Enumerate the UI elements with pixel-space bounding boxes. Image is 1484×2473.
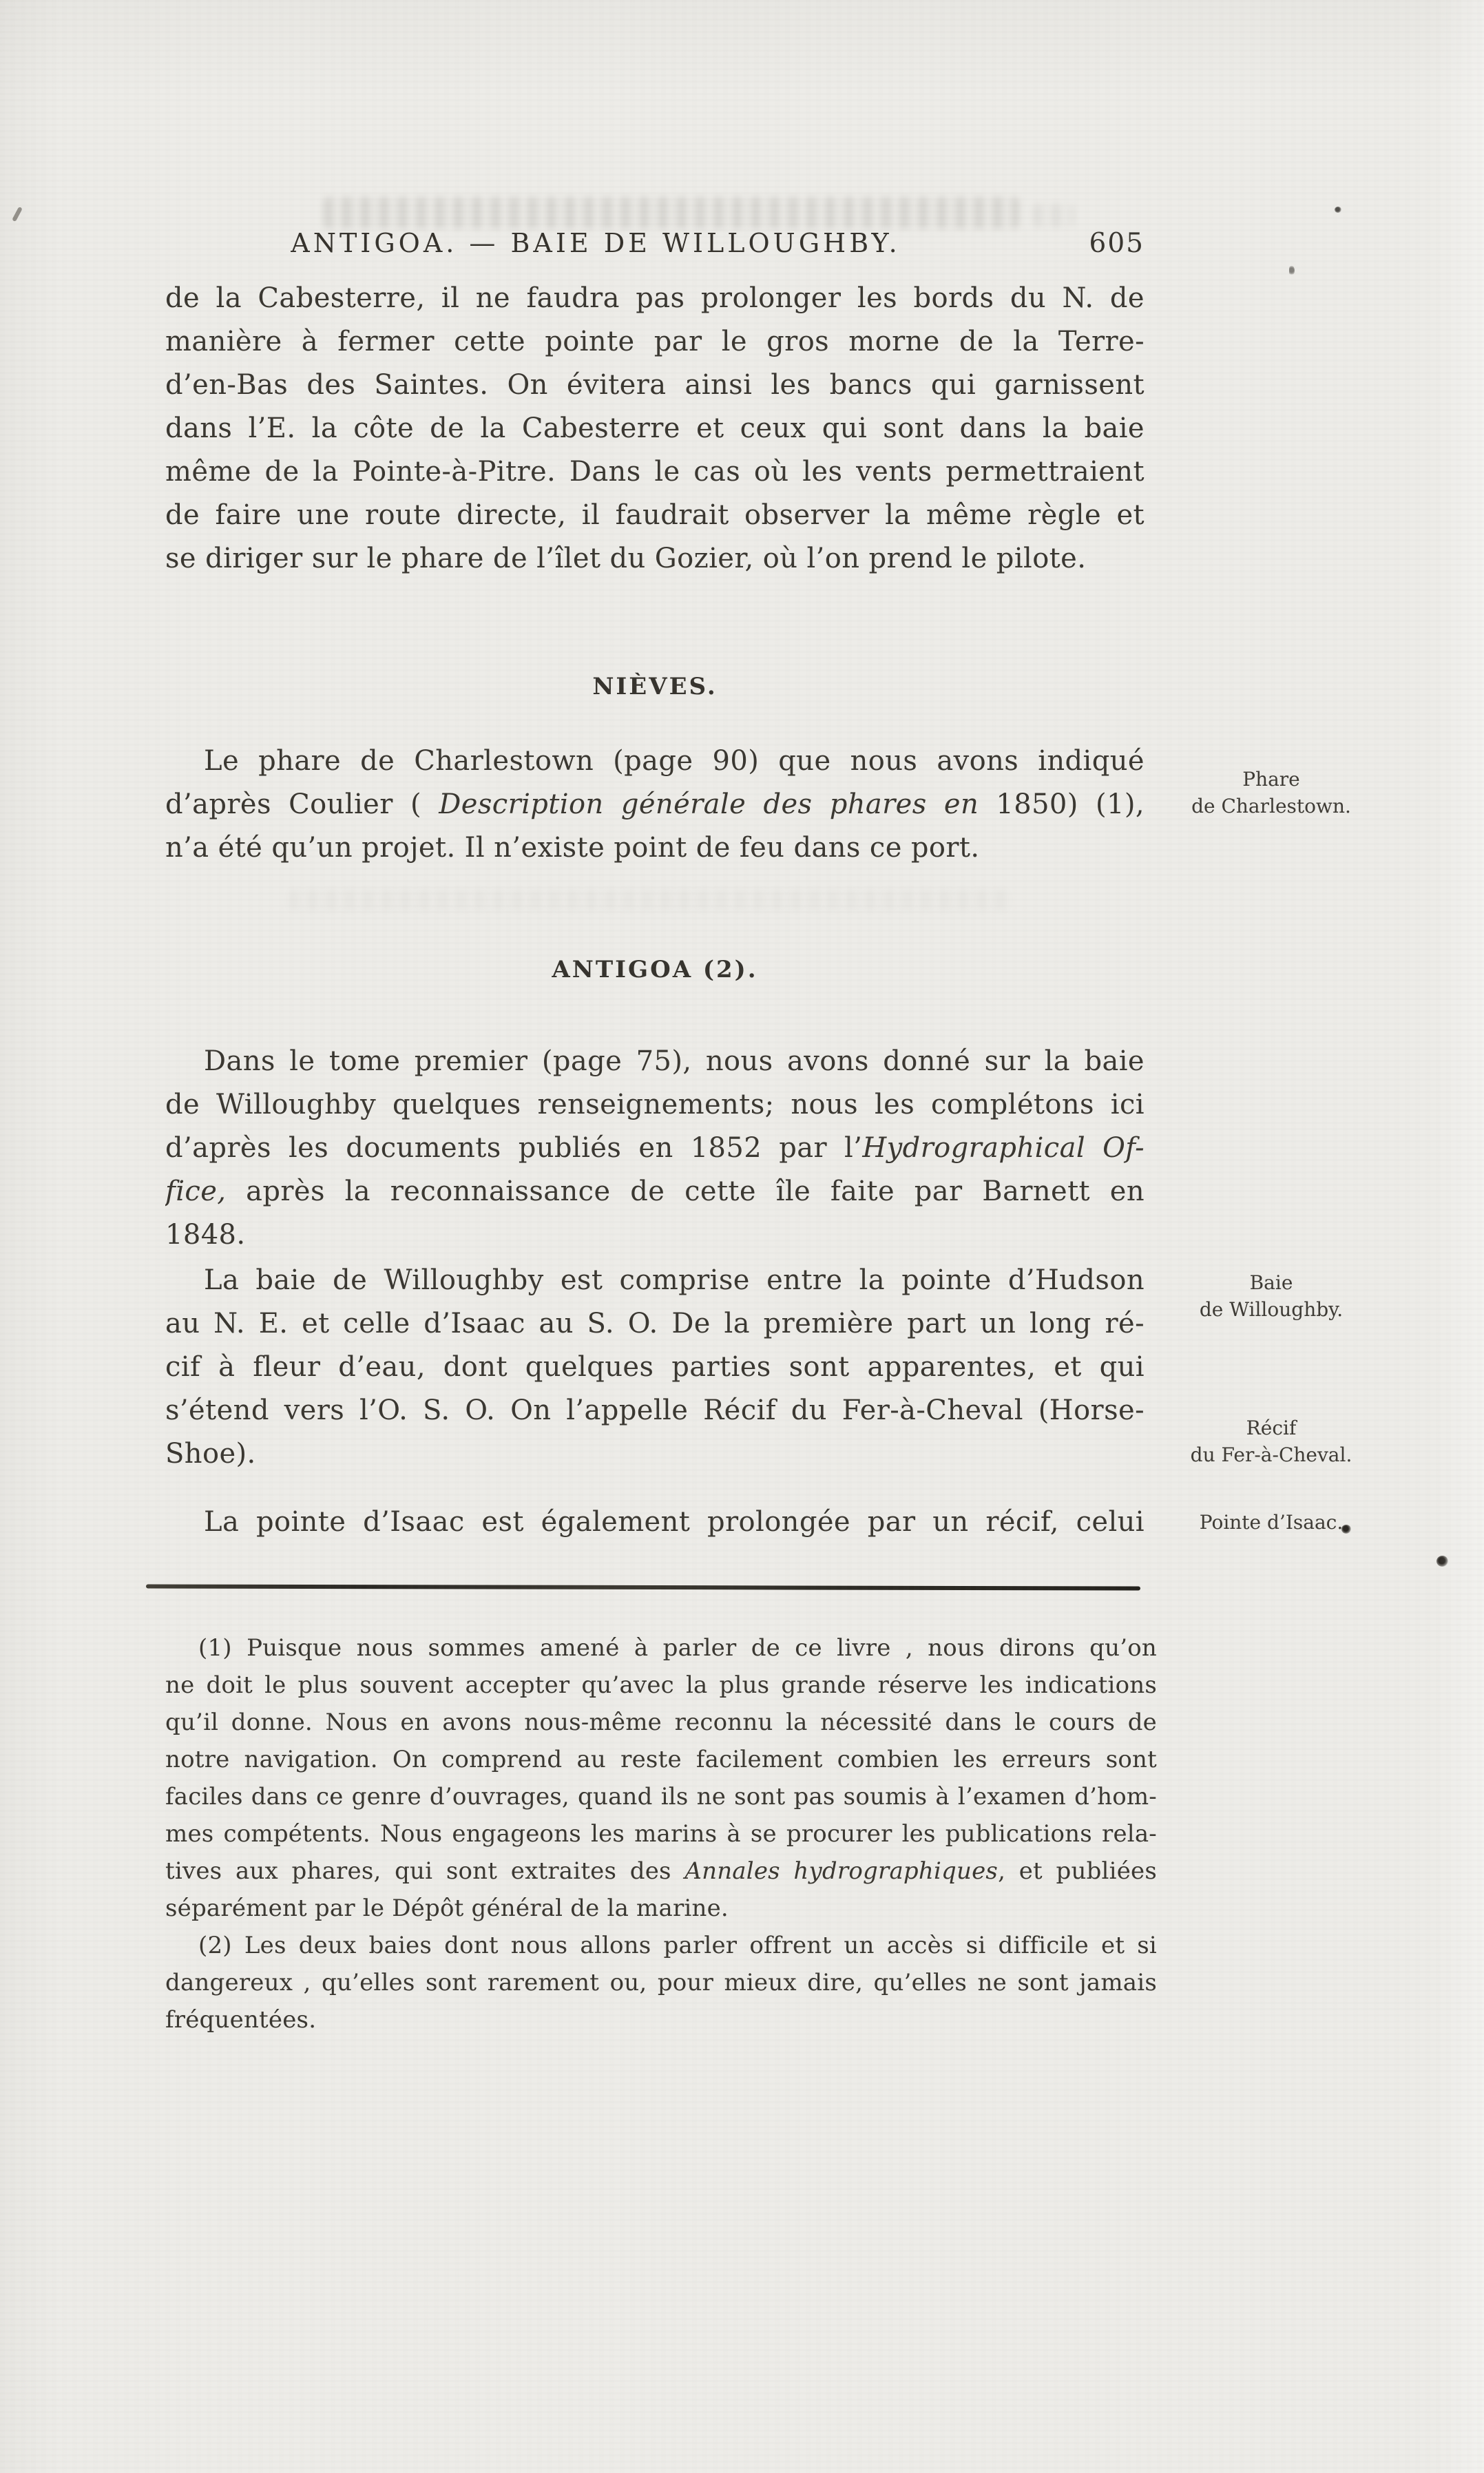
margin-note-line: Baie	[1171, 1269, 1372, 1296]
text-line: dans l’E. la côte de la Cabesterre et ce…	[165, 407, 1145, 450]
section-heading-antigoa: ANTIGOA (2).	[165, 952, 1145, 987]
text-run-italic: Description générale des phares en	[439, 789, 979, 820]
text-run-italic: Annales hydrographiques	[684, 1857, 998, 1885]
text-line: manière à fermer cette pointe par le gro…	[165, 320, 1145, 364]
text-line: de faire une route directe, il faudrait …	[165, 494, 1145, 537]
footnote-line: mes compétents. Nous engageons les marin…	[165, 1815, 1157, 1853]
footnote-line: qu’il donne. Nous en avons nous-même rec…	[165, 1704, 1157, 1741]
text-line: 1848.	[165, 1213, 1145, 1257]
footnote-line: notre navigation. On comprend au reste f…	[165, 1741, 1157, 1778]
text-line: s’étend vers l’O. S. O. On l’appelle Réc…	[165, 1389, 1145, 1432]
text-run: après la reconnaissance de cette île fai…	[226, 1176, 1145, 1207]
margin-note-line: Phare	[1171, 766, 1372, 793]
ink-speck	[1436, 1556, 1448, 1567]
footnote-line: dangereux , qu’elles sont rarement ou, p…	[165, 1964, 1157, 2001]
text-line: au N. E. et celle d’Isaac au S. O. De la…	[165, 1302, 1145, 1346]
margin-note-phare-charlestown: Phare de Charlestown.	[1171, 766, 1372, 820]
paragraph-cabesterre: de la Cabesterre, il ne faudra pas prolo…	[165, 277, 1145, 581]
running-header-title: ANTIGOA. — BAIE DE WILLOUGHBY.	[165, 222, 1026, 265]
text-line: même de la Pointe-à-Pitre. Dans le cas o…	[165, 450, 1145, 494]
section-heading-nieves: NIÈVES.	[165, 669, 1145, 704]
footnote-line: fréquentées.	[165, 2001, 1157, 2038]
paragraph-tome-premier: Dans le tome premier (page 75), nous avo…	[165, 1040, 1145, 1257]
text-run: d’après Coulier (	[165, 789, 439, 820]
text-line: Le phare de Charlestown (page 90) que no…	[165, 740, 1145, 783]
text-line: La baie de Willoughby est comprise entre…	[165, 1259, 1145, 1302]
text-line: d’en-Bas des Saintes. On évitera ainsi l…	[165, 364, 1145, 407]
text-line: Shoe).	[165, 1432, 1145, 1476]
text-line: fice, après la reconnaissance de cette î…	[165, 1170, 1145, 1213]
footnote-line: (2) Les deux baies dont nous allons parl…	[165, 1927, 1157, 1964]
text-line: se diriger sur le phare de l’îlet du Goz…	[165, 537, 1145, 581]
text-run: , et publiées	[998, 1857, 1157, 1885]
footnote-separator-rule	[146, 1584, 1140, 1590]
text-run: 1850) (1),	[979, 789, 1145, 820]
text-run: d’après les documents publiés en 1852 pa…	[165, 1132, 862, 1164]
footnote-line: tives aux phares, qui sont extraites des…	[165, 1853, 1157, 1890]
text-line: d’après Coulier ( Description générale d…	[165, 783, 1145, 826]
margin-note-line: de Willoughby.	[1171, 1296, 1372, 1323]
text-line: cif à fleur d’eau, dont quelques parties…	[165, 1346, 1145, 1389]
margin-note-pointe-isaac: Pointe d’Isaac.	[1171, 1509, 1372, 1536]
scanned-book-page: { "page": { "header": { "title": "ANTIGO…	[0, 0, 1484, 2473]
page-number: 605	[1005, 222, 1145, 265]
margin-note-line: Récif	[1171, 1415, 1372, 1441]
margin-note-baie-willoughby: Baie de Willoughby.	[1171, 1269, 1372, 1323]
footnote-line: (1) Puisque nous sommes amené à parler d…	[165, 1629, 1157, 1667]
margin-note-line: de Charlestown.	[1171, 793, 1372, 820]
text-line: de Willoughby quelques renseignements; n…	[165, 1083, 1145, 1127]
ink-speck	[1335, 207, 1341, 213]
text-line: La pointe d’Isaac est également prolongé…	[165, 1501, 1145, 1544]
text-run-italic: Hydrographical Of-	[862, 1132, 1145, 1164]
footnote-line: séparément par le Dépôt général de la ma…	[165, 1890, 1157, 1927]
footnotes-block: (1) Puisque nous sommes amené à parler d…	[165, 1629, 1157, 2038]
text-line: n’a été qu’un projet. Il n’existe point …	[165, 826, 1145, 870]
text-run: tives aux phares, qui sont extraites des	[165, 1857, 684, 1885]
bleedthrough-band	[289, 890, 1012, 910]
footnote-line: faciles dans ce genre d’ouvrages, quand …	[165, 1778, 1157, 1815]
ink-speck	[12, 207, 23, 222]
footnote-line: ne doit le plus souvent accepter qu’avec…	[165, 1667, 1157, 1704]
paragraph-charlestown: Le phare de Charlestown (page 90) que no…	[165, 740, 1145, 870]
paragraph-baie-willoughby: La baie de Willoughby est comprise entre…	[165, 1259, 1145, 1476]
margin-note-recif-fer-a-cheval: Récif du Fer-à-Cheval.	[1171, 1415, 1372, 1468]
text-line: Dans le tome premier (page 75), nous avo…	[165, 1040, 1145, 1083]
text-run-italic: fice,	[165, 1176, 226, 1207]
margin-note-line: du Fer-à-Cheval.	[1171, 1441, 1372, 1468]
ink-speck	[1289, 266, 1295, 275]
text-line: d’après les documents publiés en 1852 pa…	[165, 1127, 1145, 1170]
paragraph-pointe-isaac: La pointe d’Isaac est également prolongé…	[165, 1501, 1145, 1544]
text-line: de la Cabesterre, il ne faudra pas prolo…	[165, 277, 1145, 320]
margin-note-line: Pointe d’Isaac.	[1171, 1509, 1372, 1536]
